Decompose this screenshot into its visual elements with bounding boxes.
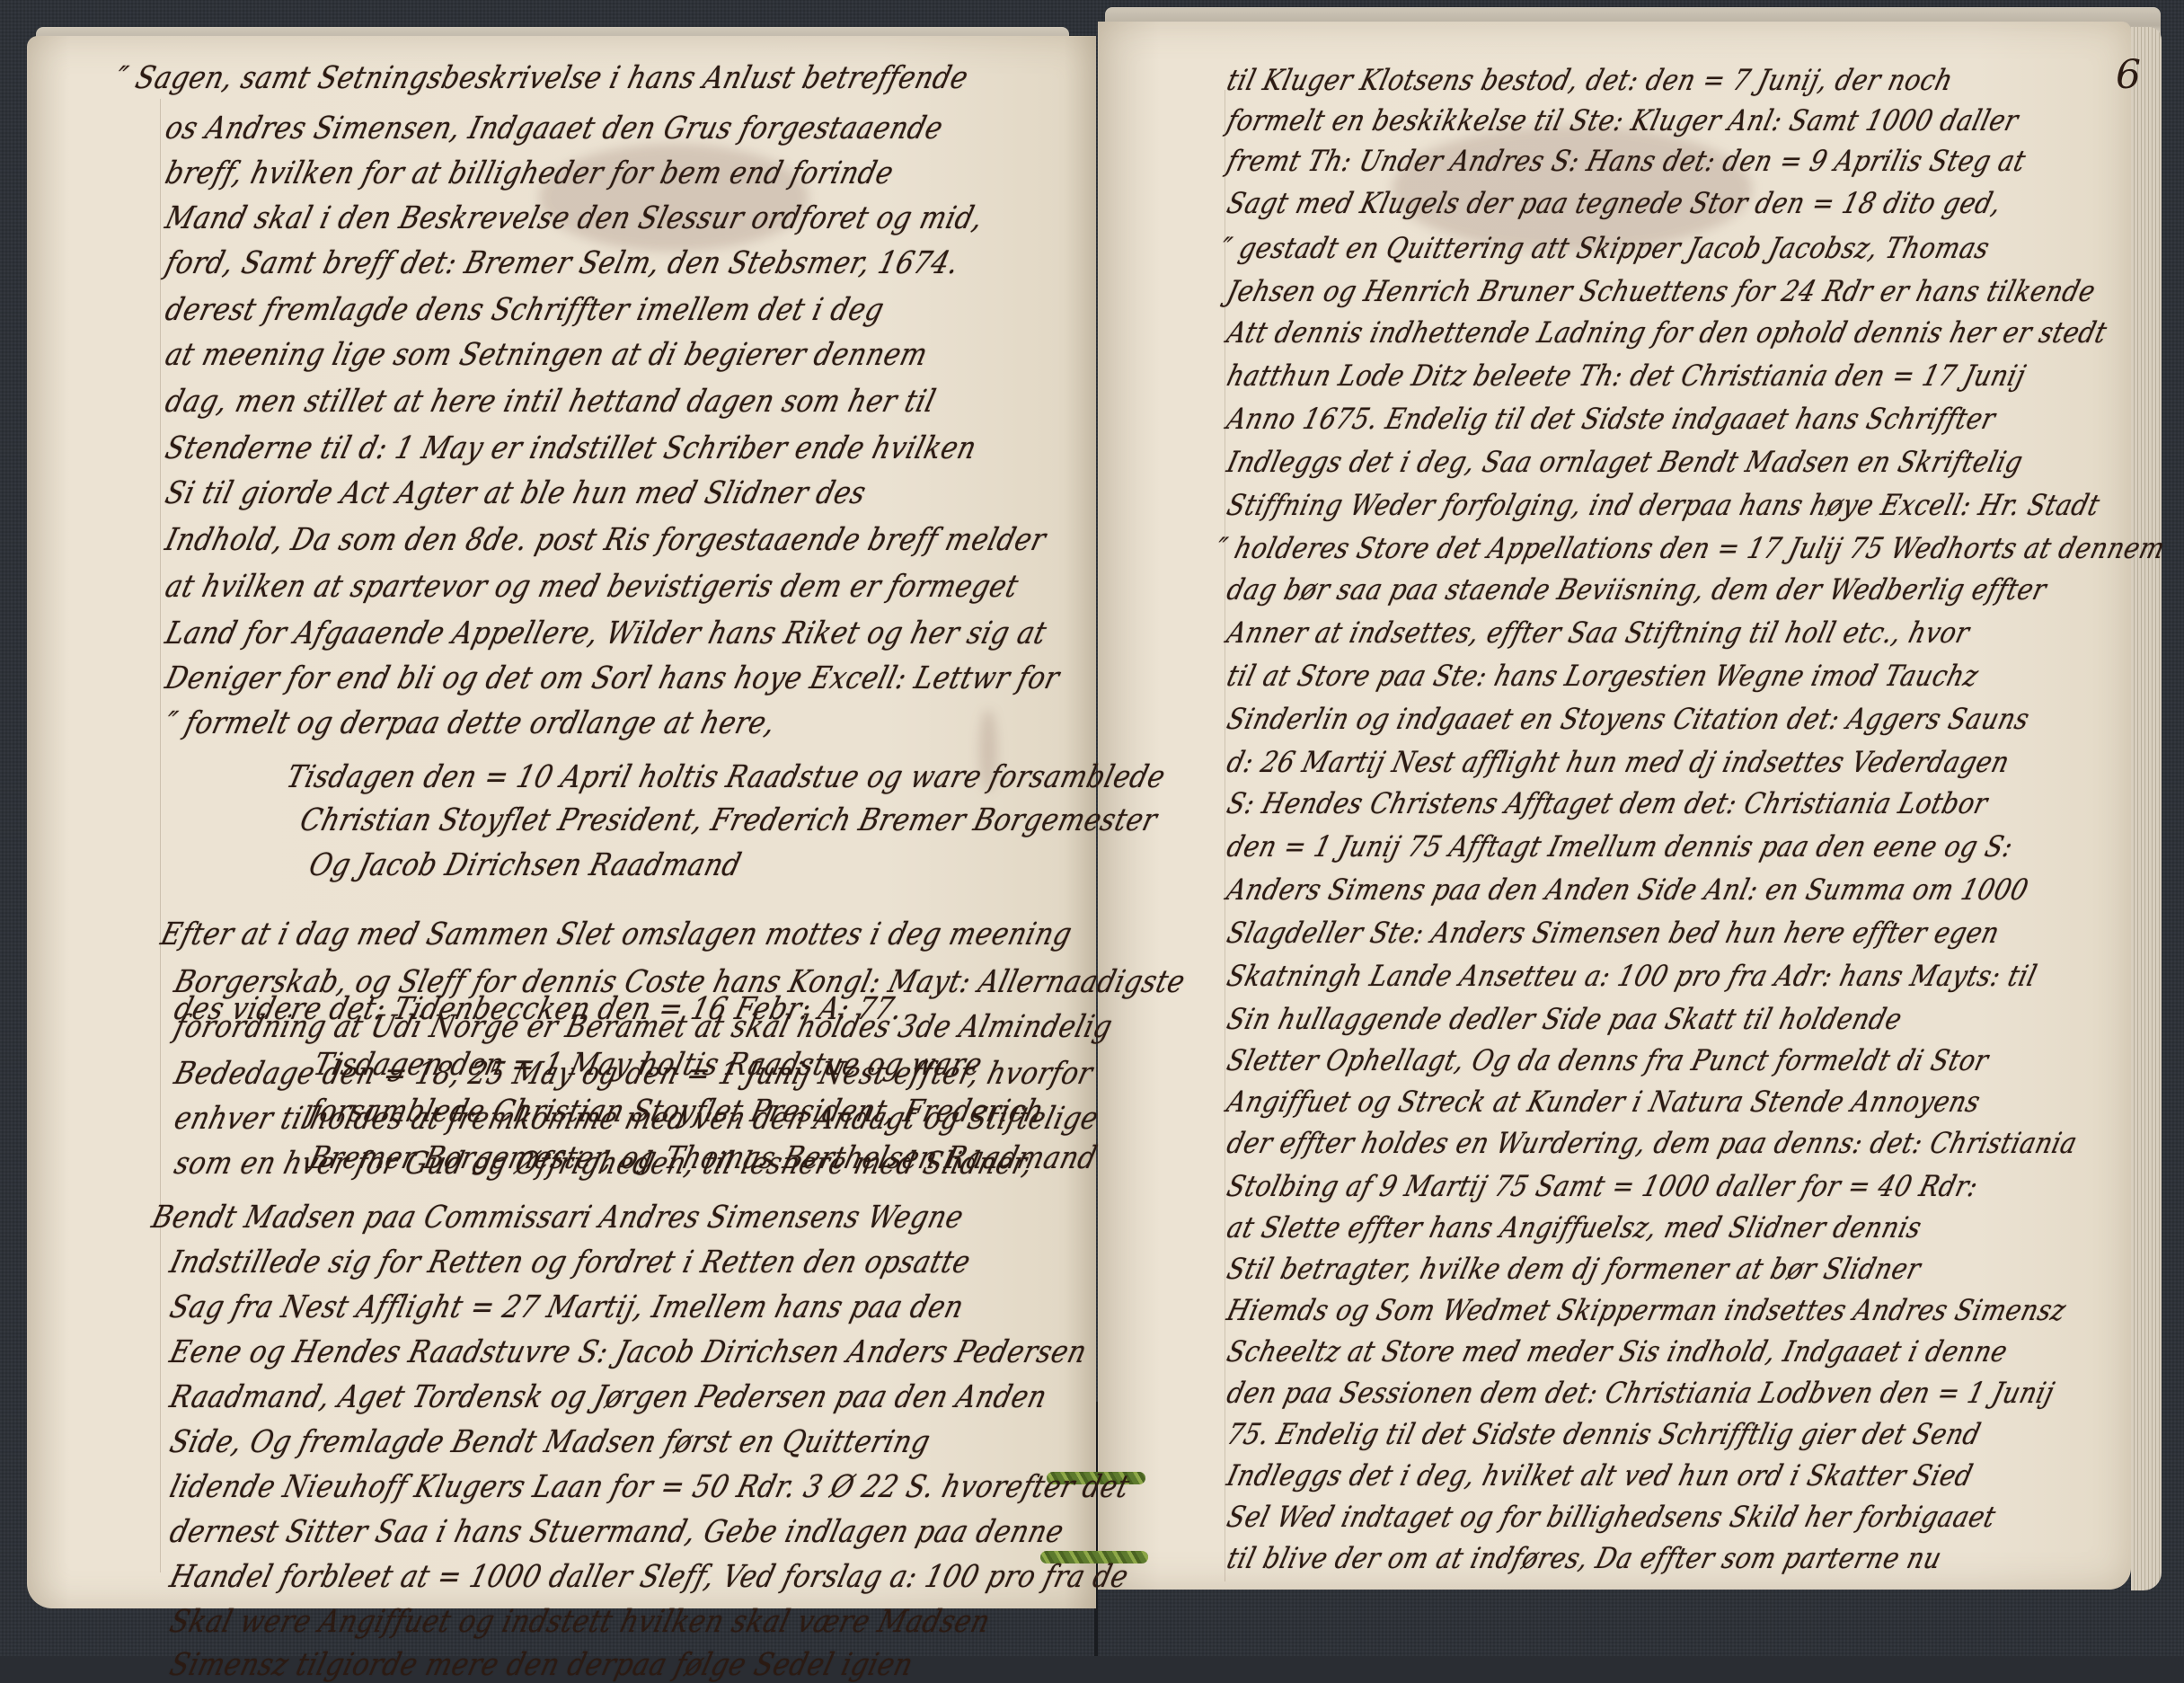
manuscript-line: Eene og Hendes Raadstuvre S: Jacob Diric… [166,1334,1091,1370]
manuscript-line: Scheeltz at Store med meder Sis indhold,… [1224,1334,2012,1369]
session-header-line: Tisdagen den = 10 April holtis Raadstue … [283,759,1169,795]
manuscript-line: dag, men stillet at here intil hettand d… [162,384,940,420]
manuscript-line: Skatningh Lande Ansetteu a: 100 pro fra … [1224,959,2040,993]
manuscript-line: Mand skal i den Beskrevelse den Slessur … [162,200,986,236]
manuscript-line: Skal were Angiffuet og indstett hvilken … [166,1604,994,1640]
page-number: 6 [2116,52,2141,98]
session-header-line: Og Jacob Dirichsen Raadmand [305,847,745,883]
page-stack-edge [2131,27,2162,1590]
manuscript-line: Stolbing af 9 Martij 75 Samt = 1000 dall… [1224,1169,1982,1203]
manuscript-line: Sletter Ophellagt, Og da denns fra Punct… [1224,1043,1993,1077]
manuscript-line: breff, hvilken for at billigheder for be… [162,155,897,191]
manuscript-line: Raadmand, Aget Tordensk og Jørgen Peders… [166,1379,1050,1415]
manuscript-line: Sin hullaggende dedler Side paa Skatt ti… [1224,1002,1905,1036]
manuscript-line: Stil betragter, hvilke dem dj formener a… [1224,1252,1924,1286]
manuscript-line: Anders Simens paa den Anden Side Anl: en… [1224,873,2032,907]
manuscript-line: ″ gestadt en Quittering att Skipper Jaco… [1217,231,1994,265]
manuscript-line: den paa Sessionen dem det: Christiania L… [1224,1376,2058,1410]
manuscript-line: Sel Wed indtaget og for billighedsens Sk… [1224,1500,1999,1534]
manuscript-line: Angiffuet og Streck at Kunder i Natura S… [1224,1085,1984,1119]
manuscript-line: Land for Afgaaende Appellere, Wilder han… [162,616,1050,651]
manuscript-line: til at Store paa Ste: hans Lorgestien We… [1224,659,1982,693]
left-margin-rule [160,99,161,1572]
manuscript-line: formelt en beskikkelse til Ste: Kluger A… [1224,103,2022,137]
manuscript-line: Simensz tilgiorde mere den derpaa følge … [166,1647,916,1656]
manuscript-line: Stenderne til d: 1 May er indstillet Sch… [162,430,980,466]
manuscript-line: dernest Sitter Saa i hans Stuermand, Geb… [166,1514,1067,1550]
manuscript-line: hatthun Lode Ditz beleete Th: det Christ… [1224,359,2029,393]
manuscript-line: Stiffning Weder forfolging, ind derpaa h… [1224,488,2103,522]
manuscript-line: Anner at indsettes, effter Saa Stiftning… [1224,616,1973,650]
manuscript-line: Indstillede sig for Retten og fordret i … [166,1245,974,1280]
manuscript-line: ″ holderes Store det Appellations den = … [1213,531,2169,565]
manuscript-line: Anno 1675. Endelig til det Sidste indgaa… [1224,402,1999,436]
manuscript-line: ″ Sagen, samt Setningsbeskrivelse i hans… [112,60,972,96]
manuscript-line: Att dennis indhettende Ladning for den o… [1224,315,2110,350]
manuscript-line: derest fremlagde dens Schriffter imellem… [162,292,888,328]
manuscript-line: Bendt Madsen paa Commissari Andres Simen… [148,1200,968,1236]
manuscript-line: S: Hendes Christens Afftaget dem det: Ch… [1224,786,1992,820]
manuscript-line: Side, Og fremlagde Bendt Madsen først en… [166,1424,934,1460]
manuscript-line: fremt Th: Under Andres S: Hans det: den … [1224,144,2029,178]
manuscript-line: der effter holdes en Wurdering, dem paa … [1224,1126,2081,1160]
manuscript-line: Slagdeller Ste: Anders Simensen bed hun … [1224,916,2003,950]
manuscript-line: d: 26 Martij Nest afflight hun med dj in… [1224,745,2013,779]
manuscript-line: Deniger for end bli og det om Sorl hans … [162,660,1064,696]
session-header-line: Tisdagen den = 1 May holtis Raadstue og … [310,1047,986,1083]
manuscript-line: Jehsen og Henrich Bruner Schuettens for … [1224,274,2100,308]
manuscript-line: os Andres Simensen, Indgaaet den Grus fo… [162,111,947,146]
manuscript-line: Si til giorde Act Agter at ble hun med S… [162,475,870,511]
manuscript-line: Indleggs det i deg, hvilket alt ved hun … [1224,1458,1976,1493]
manuscript-line: Sinderlin og indgaaet en Stoyens Citatio… [1224,702,2033,736]
manuscript-line: ford, Samt breff det: Bremer Selm, den S… [162,245,963,281]
session-header-line: forsamblede Christian Stoyflet President… [305,1094,1048,1129]
manuscript-line: Efter at i dag med Sammen Slet omslagen … [157,917,1075,952]
manuscript-line: Indleggs det i deg, Saa ornlaget Bendt M… [1224,445,2027,479]
manuscript-line: Sagt med Klugels der paa tegnede Stor de… [1224,186,2005,220]
manuscript-line: Indhold, Da som den 8de. post Ris forges… [162,522,1049,558]
manuscript-line: des videre det: Tidenbeccken den = 16 Fe… [171,991,906,1027]
manuscript-line: Sag fra Nest Afflight = 27 Martij, Imell… [166,1289,968,1325]
manuscript-line: til blive der om at indføres, Da effter … [1224,1541,1945,1575]
manuscript-line: at Slette effter hans Angiffuelsz, med S… [1224,1210,1925,1245]
manuscript-line: 75. Endelig til det Sidste dennis Schrif… [1224,1417,1985,1451]
manuscript-line: til Kluger Klotsens bestod, det: den = 7… [1224,63,1957,97]
manuscript-line: ″ formelt og derpaa dette ordlange at he… [162,705,779,741]
manuscript-line: dag bør saa paa staende Beviisning, dem … [1224,572,2050,607]
manuscript-line: den = 1 Junij 75 Afftagt Imellum dennis … [1224,829,2017,864]
session-header-line: Christian Stoyflet President, Frederich … [296,802,1161,838]
manuscript-line: lidende Nieuhoff Klugers Laan for = 50 R… [166,1469,1133,1505]
session-header-line: Bremer Borgemester, og Thomas Berthelsen… [305,1140,1101,1176]
manuscript-line: at meening lige som Setningen at di begi… [162,337,932,373]
manuscript-line: Handel forbleet at = 1000 daller Sleff, … [166,1559,1132,1595]
manuscript-line: Hiemds og Som Wedmet Skipperman indsette… [1224,1293,2070,1327]
manuscript-line: at hvilken at spartevor og med bevistige… [162,569,1022,605]
